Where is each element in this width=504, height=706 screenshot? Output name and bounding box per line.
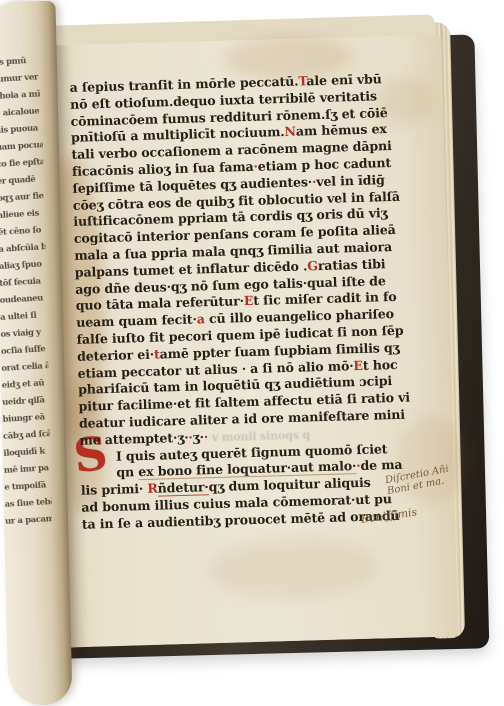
text-segment: am hēmus ex bbox=[296, 121, 387, 139]
text-segment: lis primi· bbox=[81, 481, 148, 498]
text-segment: deterior ei· bbox=[77, 346, 154, 363]
ghost-text-fragment: ur a pacam bbox=[5, 511, 53, 530]
rubric-segment: ñdetur· bbox=[157, 479, 208, 496]
text-segment: qn bbox=[116, 465, 138, 481]
text-segment: me attemptet·ʒ· bbox=[79, 429, 188, 447]
text-segment: ueam quam fecit· bbox=[76, 312, 197, 330]
text-segment: ratias tibi bbox=[318, 256, 386, 273]
rubric-segment: G bbox=[307, 258, 318, 273]
photo-background: S a ſepius tranſit in mōrle peccatū.Tale… bbox=[0, 0, 504, 700]
text-segment: de ma bbox=[360, 457, 402, 473]
text-segment: vel in īdiḡ bbox=[316, 172, 385, 189]
printed-page: S a ſepius tranſit in mōrle peccatū.Tale… bbox=[43, 35, 458, 648]
text-block: a ſepius tranſit in mōrle peccatū.Tale e… bbox=[69, 71, 410, 533]
rubric-segment: R bbox=[147, 481, 158, 496]
text-segment: t ſic miſer cadit in fo bbox=[253, 289, 397, 308]
text-segment: etiam p hoc cadunt bbox=[258, 155, 392, 174]
open-book: S a ſepius tranſit in mōrle peccatū.Tale… bbox=[0, 0, 504, 700]
text-segment: v monil sinoqs q bbox=[208, 428, 310, 444]
rubric-segment: E bbox=[244, 293, 254, 308]
rubric-segment: N bbox=[284, 124, 296, 139]
text-segment: ale enī vbū bbox=[306, 71, 382, 88]
ghost-text-column: os pmūfumur verchoia a mīē aicaloueais p… bbox=[0, 53, 52, 530]
damp-stain bbox=[207, 537, 379, 602]
text-segment: t hoc bbox=[363, 356, 398, 372]
